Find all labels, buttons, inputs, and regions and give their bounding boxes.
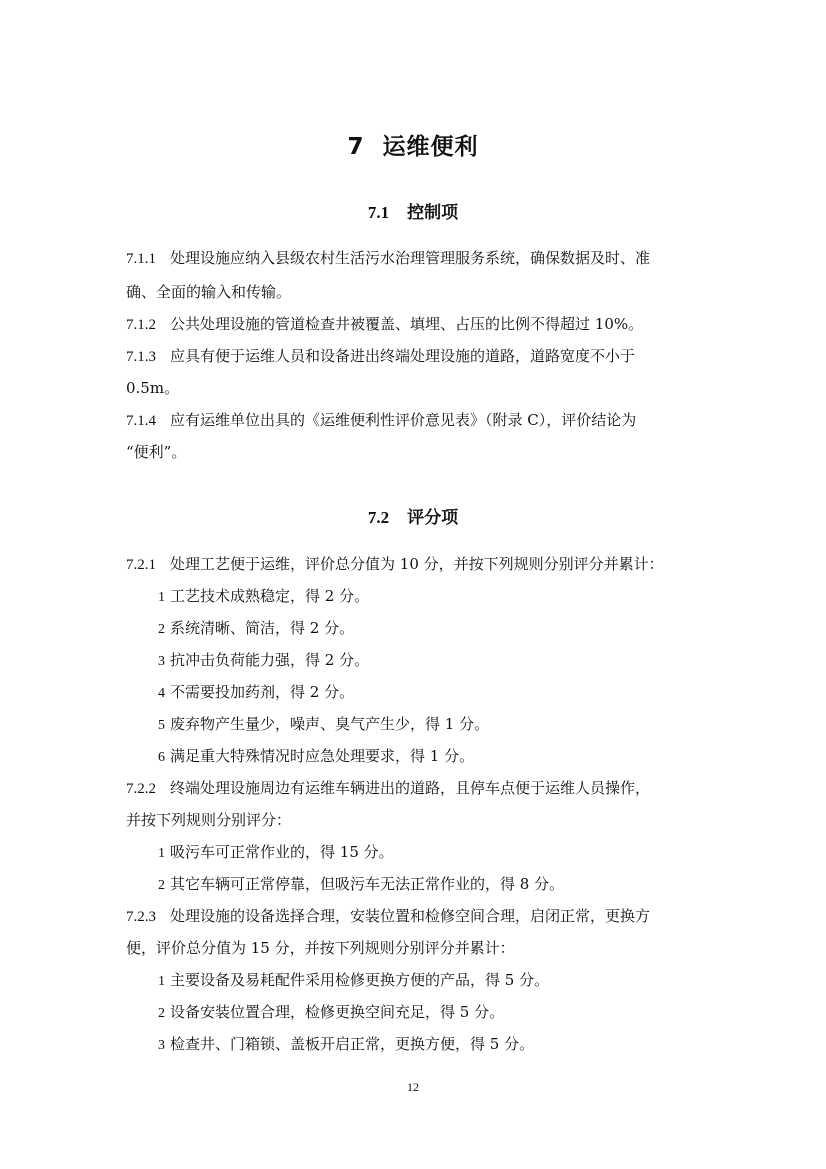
- section-title-7-1: 7.1控制项: [0, 198, 826, 223]
- chapter-title-text: 运维便利: [383, 134, 479, 160]
- clause-id: 7.1.2: [126, 317, 156, 333]
- clause-id: 7.2.2: [126, 781, 156, 797]
- clause-id: 7.1.3: [126, 349, 156, 365]
- list-item: 3抗冲击负荷能力强，得 2 分。: [158, 650, 369, 672]
- list-item: 1工艺技术成熟稳定，得 2 分。: [158, 586, 369, 608]
- clause-7-1-1-line-2: 确、全面的输入和传输。: [126, 282, 291, 302]
- chapter-number: 7: [347, 134, 364, 160]
- clause-text: 应具有便于运维人员和设备进出终端处理设施的道路，道路宽度不小于: [170, 347, 635, 365]
- chapter-title: 7 运维便利: [0, 128, 826, 161]
- clause-7-1-2: 7.1.2公共处理设施的管道检查井被覆盖、填埋、占压的比例不得超过 10%。: [126, 314, 643, 335]
- clause-text: 处理设施的设备选择合理，安装位置和检修空间合理，启闭正常，更换方: [170, 907, 650, 925]
- clause-id: 7.1.1: [126, 251, 156, 267]
- clause-7-1-3-line-1: 7.1.3应具有便于运维人员和设备进出终端处理设施的道路，道路宽度不小于: [126, 346, 635, 367]
- clause-id: 7.1.4: [126, 413, 156, 429]
- clause-7-1-4-line-2: “便利”。: [126, 442, 186, 462]
- list-item: 6满足重大特殊情况时应急处理要求，得 1 分。: [158, 746, 474, 768]
- section-title-7-2: 7.2评分项: [0, 503, 826, 528]
- section-title-text: 控制项: [407, 203, 458, 223]
- list-item: 2其它车辆可正常停靠，但吸污车无法正常作业的，得 8 分。: [158, 874, 564, 896]
- page-number: 12: [0, 1080, 826, 1095]
- clause-7-2-3-line-1: 7.2.3处理设施的设备选择合理，安装位置和检修空间合理，启闭正常，更换方: [126, 906, 650, 927]
- clause-7-2-2-line-1: 7.2.2终端处理设施周边有运维车辆进出的道路，且停车点便于运维人员操作，: [126, 778, 650, 799]
- clause-text: 处理设施应纳入县级农村生活污水治理管理服务系统，确保数据及时、准: [170, 249, 650, 267]
- clause-text: 处理工艺便于运维，评价总分值为 10 分，并按下列规则分别评分并累计：: [170, 555, 664, 573]
- section-number: 7.2: [368, 508, 389, 527]
- list-item: 3检查井、门箱锁、盖板开启正常，更换方便，得 5 分。: [158, 1034, 534, 1056]
- clause-7-2-2-line-2: 并按下列规则分别评分：: [126, 810, 291, 830]
- clause-7-2-1: 7.2.1处理工艺便于运维，评价总分值为 10 分，并按下列规则分别评分并累计：: [126, 554, 664, 575]
- section-number: 7.1: [368, 203, 389, 222]
- list-item: 2设备安装位置合理，检修更换空间充足，得 5 分。: [158, 1002, 504, 1024]
- clause-7-1-1-line-1: 7.1.1处理设施应纳入县级农村生活污水治理管理服务系统，确保数据及时、准: [126, 248, 650, 269]
- clause-7-1-4-line-1: 7.1.4应有运维单位出具的《运维便利性评价意见表》（附录 C），评价结论为: [126, 410, 636, 431]
- clause-text: 终端处理设施周边有运维车辆进出的道路，且停车点便于运维人员操作，: [170, 779, 650, 797]
- list-item: 4不需要投加药剂，得 2 分。: [158, 682, 354, 704]
- clause-7-1-3-line-2: 0.5m。: [126, 378, 179, 398]
- list-item: 5废弃物产生量少，噪声、臭气产生少，得 1 分。: [158, 714, 489, 736]
- clause-id: 7.2.1: [126, 557, 156, 573]
- list-item: 1吸污车可正常作业的，得 15 分。: [158, 842, 394, 864]
- clause-text: 应有运维单位出具的《运维便利性评价意见表》（附录 C），评价结论为: [170, 411, 636, 429]
- section-title-text: 评分项: [407, 508, 458, 528]
- list-item: 1主要设备及易耗配件采用检修更换方便的产品，得 5 分。: [158, 970, 549, 992]
- clause-7-2-3-line-2: 便，评价总分值为 15 分，并按下列规则分别评分并累计：: [126, 938, 515, 958]
- clause-text: 公共处理设施的管道检查井被覆盖、填埋、占压的比例不得超过 10%。: [170, 315, 643, 333]
- clause-id: 7.2.3: [126, 909, 156, 925]
- list-item: 2系统清晰、简洁，得 2 分。: [158, 618, 354, 640]
